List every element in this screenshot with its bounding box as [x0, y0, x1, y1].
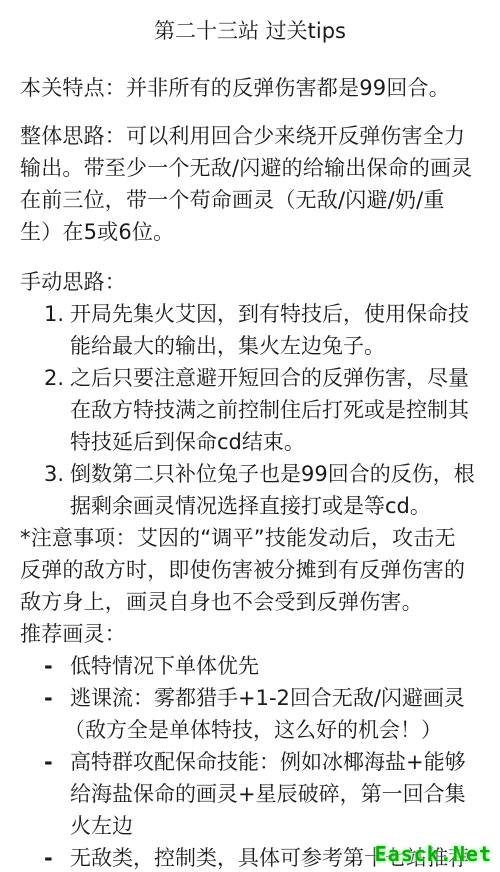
list-item: 据剩余画灵情况选择直接打或是等cd。 — [70, 490, 431, 522]
feature-text: 本关特点：并非所有的反弹伤害都是99回合。 — [20, 72, 490, 104]
overall-line: 整体思路：可以利用回合少来绕开反弹伤害全力 — [20, 120, 490, 152]
note-line: 反弹的敌方时，即使伤害被分摊到有反弹伤害的 — [20, 554, 490, 586]
manual-heading: 手动思路： — [20, 266, 490, 298]
bullet-dash: - — [44, 746, 53, 778]
note: *注意事项：艾因的“调平”技能发动后，攻击无 反弹的敌方时，即使伤害被分摊到有反… — [20, 522, 490, 618]
note-line: *注意事项：艾因的“调平”技能发动后，攻击无 — [20, 522, 490, 554]
list-item: 高特群攻配保命技能：例如冰椰海盐+能够 — [70, 746, 466, 778]
note-line: 敌方身上，画灵自身也不会受到反弹伤害。 — [20, 586, 490, 618]
list-number: 3. — [44, 458, 64, 490]
watermark-logo: Easck.Net — [375, 842, 492, 866]
list-item: 能给最大的输出，集火左边兔子。 — [70, 330, 385, 362]
overall-strategy: 整体思路：可以利用回合少来绕开反弹伤害全力 输出。带至少一个无敌/闪避的给输出保… — [20, 120, 490, 248]
overall-line: 生）在5或6位。 — [20, 216, 490, 248]
bullet-dash: - — [44, 682, 53, 714]
list-item: 在敌方特技满之前控制住后打死或是控制其 — [70, 394, 469, 426]
list-item: 逃课流：雾都猎手+1-2回合无敌/闪避画灵 — [70, 682, 465, 714]
recommend-heading: 推荐画灵： — [20, 618, 490, 650]
list-number: 1. — [44, 298, 64, 330]
list-number: 2. — [44, 362, 64, 394]
list-item: 倒数第二只补位兔子也是99回合的反伤，根 — [70, 458, 475, 490]
bullet-dash: - — [44, 650, 53, 682]
overall-line: 输出。带至少一个无敌/闪避的给输出保命的画灵 — [20, 152, 490, 184]
list-item: 特技延后到保命cd结束。 — [70, 426, 305, 458]
list-item: （敌方全是单体特技，这么好的机会！） — [64, 714, 442, 746]
list-item: 火左边 — [70, 810, 133, 842]
level-feature: 本关特点：并非所有的反弹伤害都是99回合。 — [20, 72, 490, 104]
list-item: 低特情况下单体优先 — [70, 650, 259, 682]
list-item: 开局先集火艾因，到有特技后，使用保命技 — [70, 298, 469, 330]
list-item: 之后只要注意避开短回合的反弹伤害，尽量 — [70, 362, 469, 394]
overall-line: 在前三位，带一个苟命画灵（无敌/闪避/奶/重 — [20, 184, 490, 216]
list-item: 给海盐保命的画灵+星辰破碎，第一回合集 — [70, 778, 466, 810]
bullet-dash: - — [44, 842, 53, 872]
page-title: 第二十三站 过关tips — [0, 16, 500, 46]
